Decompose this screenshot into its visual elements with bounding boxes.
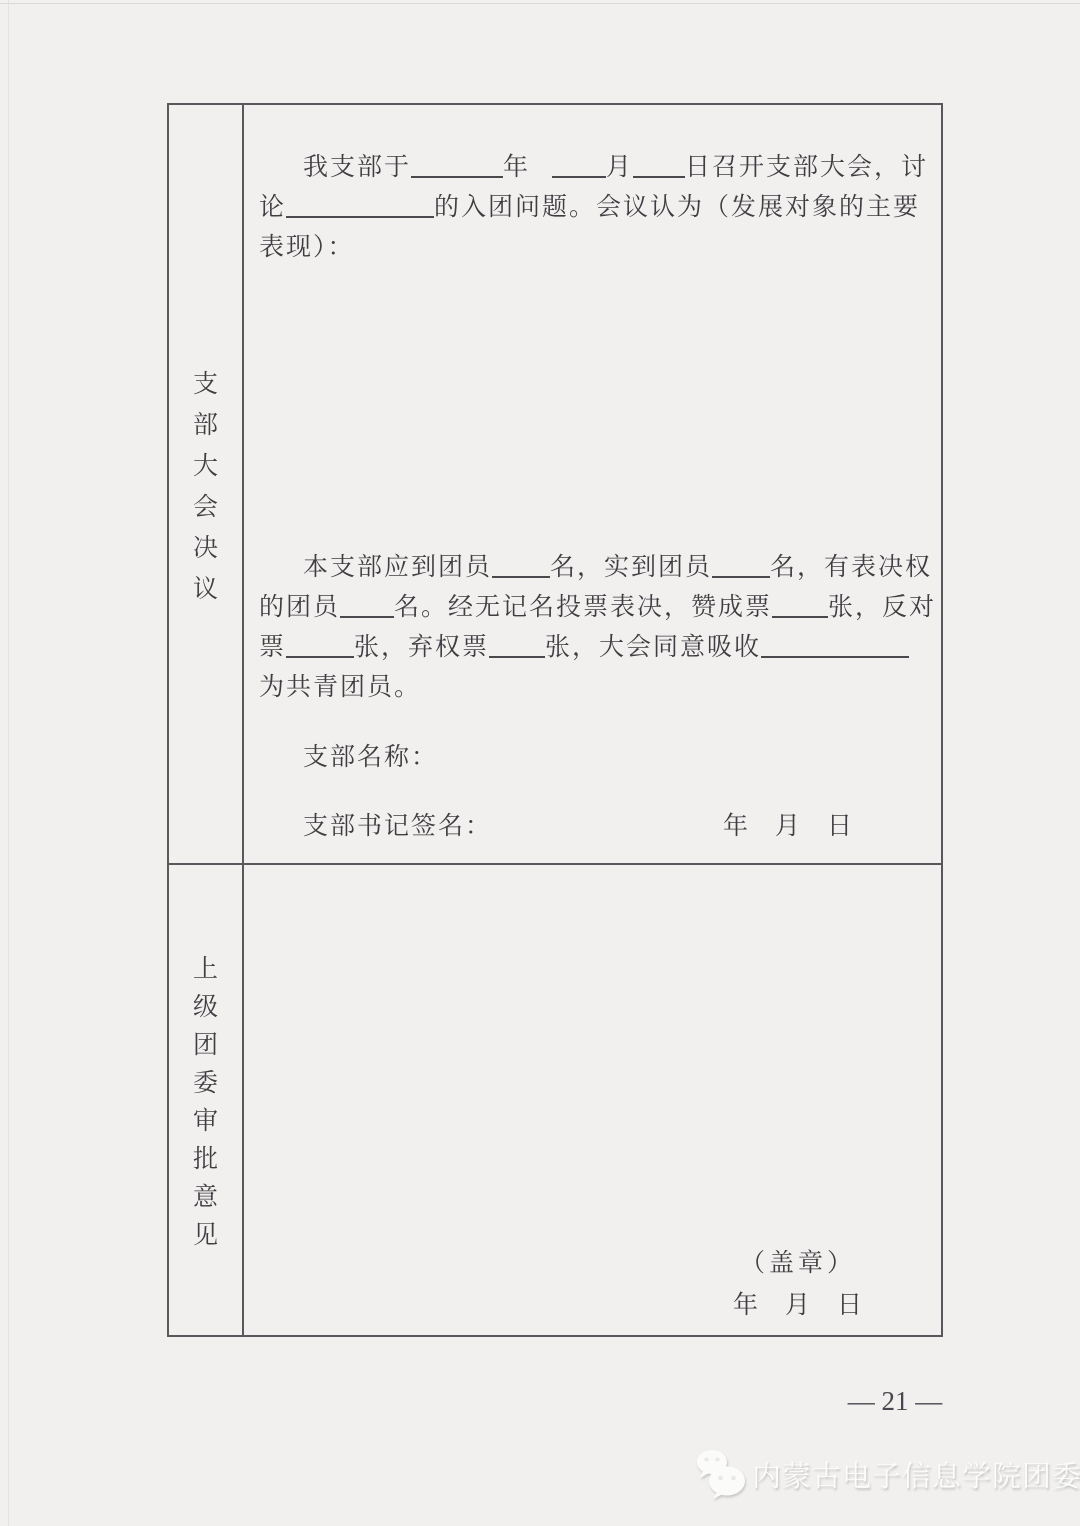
- label-character: 意: [169, 1176, 242, 1214]
- label-character: 团: [169, 1024, 242, 1062]
- seal-label: （盖章）: [733, 1243, 863, 1285]
- text-line: 为共青团员。: [259, 668, 933, 708]
- text-segment: 我支部于: [303, 154, 411, 181]
- text-line: 论的入团问题。会议认为（发展对象的主要: [259, 188, 933, 228]
- text-line: 本支部应到团员名，实到团员名，有表决权: [259, 548, 933, 588]
- label-character: 审: [169, 1100, 242, 1138]
- text-segment: 名，实到团员: [550, 554, 712, 581]
- branch-resolution-label: 支部大会决议: [169, 105, 244, 863]
- text-segment: 的入团问题。会议认为（发展对象的主要: [434, 194, 920, 221]
- resolution-date: 年 月 日: [723, 807, 853, 847]
- text-line: 票张，弃权票张，大会同意吸收: [259, 628, 933, 668]
- text-segment: 支部名称：: [303, 744, 438, 771]
- blank-underline: [772, 590, 828, 618]
- approval-content: （盖章） 年 月 日: [244, 865, 941, 1335]
- blank-underline: [411, 150, 503, 178]
- text-segment: 票: [259, 634, 286, 661]
- blank-underline: [492, 550, 550, 578]
- secretary-sign-line: 支部书记签名： 年 月 日: [259, 807, 933, 847]
- text-segment: 本支部应到团员: [303, 554, 492, 581]
- text-segment: 为共青团员。: [259, 674, 421, 701]
- text-segment: 张，反对: [828, 594, 936, 621]
- label-character: 议: [169, 566, 242, 607]
- branch-name-line: 支部名称：: [259, 738, 933, 778]
- text-segment: 名。经无记名投票表决，赞成票: [394, 594, 772, 621]
- approval-row: 上级团委审批意见 （盖章） 年 月 日: [169, 865, 941, 1335]
- text-segment: 支部书记签名：: [303, 813, 492, 840]
- meeting-intro-paragraph: 我支部于年月日召开支部大会，讨论的入团问题。会议认为（发展对象的主要表现）：: [259, 148, 933, 268]
- blank-underline: [552, 150, 606, 178]
- watermark: 内蒙古电子信息学院团委: [693, 1448, 1080, 1500]
- seal-block: （盖章） 年 月 日: [733, 1243, 863, 1327]
- text-line: 我支部于年月日召开支部大会，讨: [259, 148, 933, 188]
- blank-underline: [712, 550, 770, 578]
- text-segment: 张，大会同意吸收: [545, 634, 761, 661]
- approval-date: 年 月 日: [733, 1285, 863, 1327]
- text-segment: 论: [259, 194, 286, 221]
- blank-underline: [340, 590, 394, 618]
- text-segment: 年: [503, 154, 530, 181]
- label-character: 上: [169, 948, 242, 986]
- label-character: 部: [169, 402, 242, 443]
- text-segment: 日召开支部大会，讨: [685, 154, 928, 181]
- wechat-icon: [693, 1448, 747, 1500]
- membership-form-table: 支部大会决议 我支部于年月日召开支部大会，讨论的入团问题。会议认为（发展对象的主…: [167, 103, 943, 1337]
- vote-result-paragraph: 本支部应到团员名，实到团员名，有表决权的团员名。经无记名投票表决，赞成票张，反对…: [259, 548, 933, 708]
- text-line: 表现）：: [259, 228, 933, 268]
- text-segment: 的团员: [259, 594, 340, 621]
- scanned-page: 支部大会决议 我支部于年月日召开支部大会，讨论的入团问题。会议认为（发展对象的主…: [0, 0, 1080, 1526]
- blank-underline: [633, 150, 685, 178]
- label-character: 决: [169, 525, 242, 566]
- blank-underline: [761, 630, 909, 658]
- watermark-text: 内蒙古电子信息学院团委: [752, 1454, 1080, 1495]
- text-segment: 张，弃权票: [354, 634, 489, 661]
- text-segment: 月: [606, 154, 633, 181]
- label-character: 大: [169, 443, 242, 484]
- label-character: 级: [169, 986, 242, 1024]
- blank-underline: [489, 630, 545, 658]
- page-number: — 21 —: [820, 1386, 970, 1417]
- blank-underline: [286, 630, 354, 658]
- text-line: 的团员名。经无记名投票表决，赞成票张，反对: [259, 588, 933, 628]
- label-character: 见: [169, 1214, 242, 1252]
- label-character: 批: [169, 1138, 242, 1176]
- branch-resolution-row: 支部大会决议 我支部于年月日召开支部大会，讨论的入团问题。会议认为（发展对象的主…: [169, 105, 941, 865]
- label-character: 委: [169, 1062, 242, 1100]
- approval-label: 上级团委审批意见: [169, 865, 244, 1335]
- label-character: 会: [169, 484, 242, 525]
- branch-resolution-content: 我支部于年月日召开支部大会，讨论的入团问题。会议认为（发展对象的主要表现）： 本…: [244, 105, 941, 863]
- label-character: 支: [169, 361, 242, 402]
- text-line: 支部名称：: [259, 738, 933, 778]
- scan-edge-left: [8, 0, 9, 1526]
- blank-underline: [286, 190, 434, 218]
- text-segment: 表现）：: [259, 234, 355, 261]
- scan-edge-top: [0, 3, 1080, 4]
- text-segment: 名，有表决权: [770, 554, 932, 581]
